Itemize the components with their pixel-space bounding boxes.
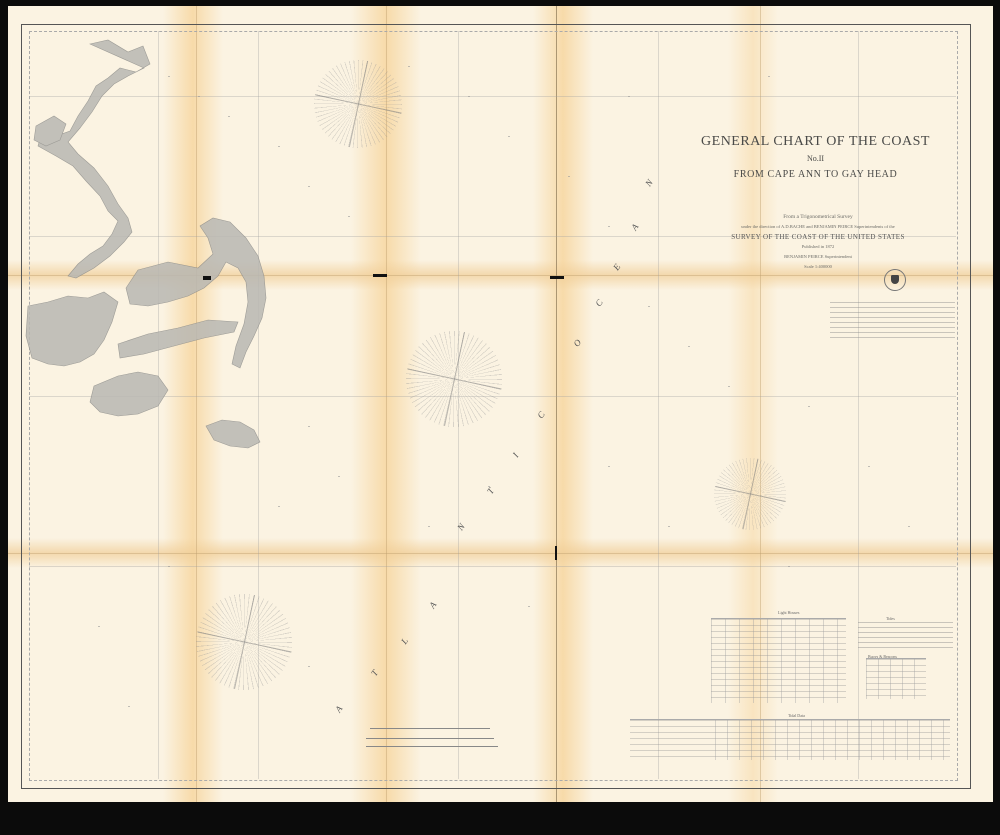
chart-sheet: A T L A N T I C O C E A N GENERAL CHART … [8,6,993,802]
buoys-table [866,658,926,699]
compass-rose [714,458,786,530]
tidal-table-caption: Tidal Data [788,713,805,718]
compass-rose [314,60,402,148]
paper-tear [550,276,564,279]
tidal-data-table [630,719,950,760]
chart-notes [830,302,955,338]
chart-subtitle: FROM CAPE ANN TO GAY HEAD [688,169,943,180]
tides-note [858,622,953,648]
agency-name: SURVEY OF THE COAST OF THE UNITED STATES [698,232,938,242]
imprint-block: From a Trigonometrical Survey under the … [698,212,938,272]
paper-tear [555,546,557,560]
direction-line: under the direction of A.D.BACHE and BEN… [698,222,938,232]
lighthouse-table-caption: Light Houses [778,610,799,615]
source-line: From a Trigonometrical Survey [698,212,938,222]
chart-title: GENERAL CHART OF THE COAST [688,134,943,150]
lighthouse-table [711,618,846,703]
superintendent-line: BENJAMIN PEIRCE Superintendent [698,252,938,262]
paper-tear [373,274,387,277]
paper-tear [203,276,211,280]
chart-number: No.II [688,154,943,163]
published-line: Published in 1872 [698,242,938,252]
eagle-seal-icon [884,269,906,291]
chart-title-block: GENERAL CHART OF THE COAST No.II FROM CA… [688,134,943,180]
tides-caption: Tides [886,616,895,621]
scale-note: Scale 1:400000 [698,262,938,272]
meridian-line [658,31,659,779]
compass-rose [406,331,502,427]
compass-rose [196,594,292,690]
